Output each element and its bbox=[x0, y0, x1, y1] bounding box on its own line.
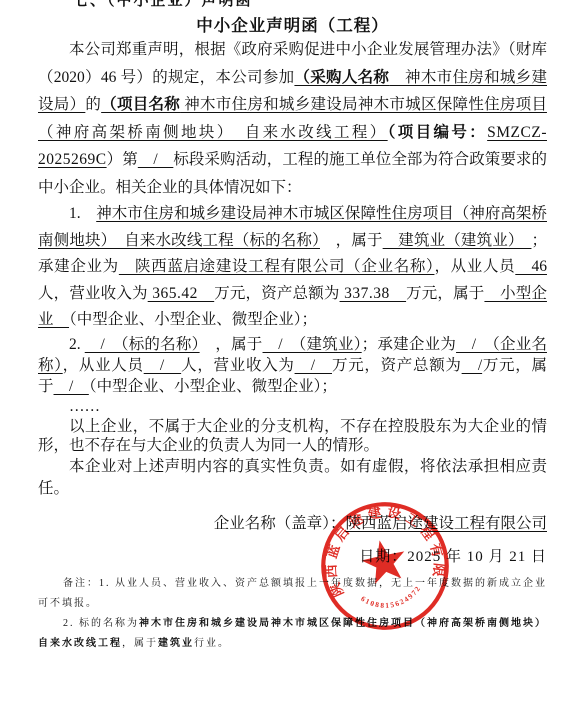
item-number: 1. bbox=[69, 205, 96, 222]
contractor-name: 陕西蓝启途建设工程有限公司（企业名称） bbox=[119, 258, 435, 275]
purchaser-label: （采购人名称 bbox=[294, 69, 389, 86]
text-segment: ，属于 bbox=[320, 232, 383, 249]
text-segment: 人，营业收入为 bbox=[38, 285, 148, 302]
enterprise-item-1: 1. 神木市住房和城乡建设局神木市城区保障性住房项目（神府高架桥南侧地块） 自来… bbox=[38, 201, 547, 334]
text-segment: ，属于 bbox=[122, 638, 158, 649]
text-segment: 2. 标的名称为 bbox=[63, 618, 139, 629]
text-segment: 万元，资产总额为 bbox=[332, 357, 462, 374]
signature-row: 企业名称（盖章）：陕西蓝启途建设工程有限公司 bbox=[38, 514, 547, 534]
text-segment: （中型企业、小型企业、微型企业）； bbox=[69, 311, 317, 328]
text-segment: ，从业人员 bbox=[63, 357, 144, 374]
industry-value: 建筑业（建筑业） bbox=[383, 232, 532, 249]
text-segment: ）第 bbox=[107, 151, 138, 168]
enterprise-item-2: 2. / （标的名称） ，属于 / （建筑业）；承建企业为 / （企业名称），从… bbox=[38, 334, 547, 397]
text-segment: ，从业人员 bbox=[434, 258, 515, 275]
text-segment: 人，营业收入为 bbox=[181, 357, 294, 374]
project-number-label: （项目编号： bbox=[388, 124, 487, 141]
employee-count: 46 bbox=[515, 258, 547, 275]
lot-blank: / bbox=[138, 151, 174, 168]
document-page: 七、（中小企业）声明函 中小企业声明函（工程） 本公司郑重声明，根据《政府采购促… bbox=[0, 0, 585, 708]
clipped-heading-text: 七、（中小企业）声明函 bbox=[73, 0, 547, 8]
document-title: 中小企业声明函（工程） bbox=[38, 12, 547, 36]
subject-name-blank: / （标的名称） bbox=[85, 336, 200, 353]
text-segment: 万元，资产总额为 bbox=[214, 285, 339, 302]
notes-section: 备注：1. 从业人员、营业收入、资产总额填报上一年度数据，无上一年度数据的新成立… bbox=[38, 574, 547, 654]
company-seal-label: 企业名称（盖章）： bbox=[214, 515, 346, 532]
assets-value: 337.38 bbox=[340, 285, 407, 302]
date-line: 日期：2025 年 10 月 21 日 bbox=[38, 547, 547, 567]
text-segment: ；承建企业为 bbox=[362, 336, 456, 353]
item-number: 2. bbox=[69, 336, 85, 353]
note-1: 备注：1. 从业人员、营业收入、资产总额填报上一年度数据，无上一年度数据的新成立… bbox=[38, 574, 547, 614]
revenue-blank: / bbox=[295, 357, 332, 374]
employee-blank: / bbox=[144, 357, 181, 374]
document-content: 七、（中小企业）声明函 中小企业声明函（工程） 本公司郑重声明，根据《政府采购促… bbox=[0, 0, 585, 654]
truthfulness-paragraph: 本企业对上述声明内容的真实性负责。如有虚假，将依法承担相应责任。 bbox=[38, 456, 547, 500]
text-segment: 的 bbox=[85, 96, 101, 113]
clipped-heading: 七、（中小企业）声明函 bbox=[73, 0, 547, 8]
note-industry: 建筑业 bbox=[158, 638, 194, 649]
signature-company-name: 陕西蓝启途建设工程有限公司 bbox=[345, 515, 547, 532]
revenue-value: 365.42 bbox=[148, 285, 215, 302]
text-segment: ，属于 bbox=[200, 336, 263, 353]
project-name-label: （项目名称 bbox=[101, 96, 180, 113]
intro-paragraph: 本公司郑重声明，根据《政府采购促进中小企业发展管理办法》（财库（2020）46 … bbox=[38, 36, 547, 201]
text-segment: （中型企业、小型企业、微型企业）； bbox=[89, 378, 337, 395]
assets-blank: / bbox=[462, 357, 483, 374]
industry-blank: / （建筑业） bbox=[263, 336, 362, 353]
ellipsis-line: …… bbox=[38, 397, 547, 417]
branch-statement-paragraph: 以上企业，不属于大企业的分支机构，不存在控股股东为大企业的情形，也不存在与大企业… bbox=[38, 417, 547, 456]
text-segment: 万元，属于 bbox=[406, 285, 484, 302]
text-segment: 行业。 bbox=[194, 638, 230, 649]
note-2: 2. 标的名称为神木市住房和城乡建设局神木市城区保障性住房项目（神府高架桥南侧地… bbox=[38, 614, 547, 654]
size-blank: / bbox=[54, 378, 89, 395]
